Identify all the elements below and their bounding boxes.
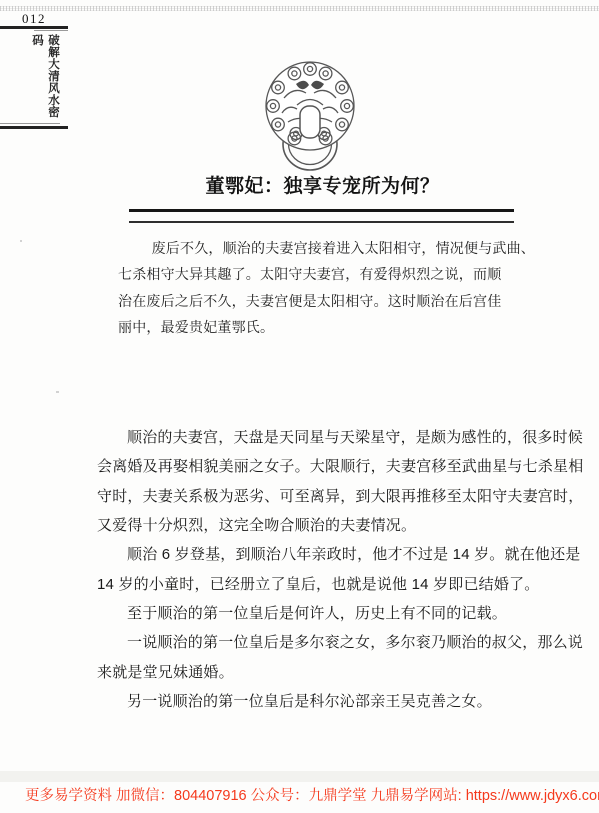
footer-promo-text: 更多易学资料 加微信：804407916 公众号：九鼎学堂 九鼎易学网站: ht… (25, 784, 595, 805)
scanned-book-page: 012 破解大清风水密码 (0, 0, 599, 813)
body-paragraph: 顺治 6 岁登基，到顺治八年亲政时，他才不过是 14 岁。就在他还是14 岁的小… (97, 540, 581, 599)
spine-rule-bottom (0, 126, 68, 129)
chapter-title-divider (129, 209, 514, 223)
book-spine-title: 破解大清风水密码 (29, 34, 61, 128)
door-knocker-illustration (240, 60, 380, 180)
page-number: 012 (22, 11, 46, 27)
body-paragraph: 另一说顺治的第一位皇后是科尔沁部亲王吴克善之女。 (97, 687, 581, 716)
scan-speck (56, 391, 59, 393)
chapter-title: 董鄂妃：独享专宠所为何？ (130, 171, 515, 198)
intro-paragraph: 废后不久，顺治的夫妻宫接着进入太阳相守，情况便与武曲、七杀相守大异其趣了。太阳守… (118, 237, 516, 343)
body-paragraph: 一说顺治的第一位皇后是多尔衮之女，多尔衮乃顺治的叔父，那么说来就是堂兄妹通婚。 (97, 628, 581, 687)
body-paragraph: 至于顺治的第一位皇后是何许人，历史上有不同的记载。 (97, 599, 581, 628)
spine-rule-top (0, 26, 68, 29)
body-text: 顺治的夫妻宫，天盘是天同星与天梁星守，是颇为感性的，很多时候会离婚及再娶相貌美丽… (97, 423, 581, 716)
scan-noise-band (0, 6, 599, 11)
footer-band (0, 771, 599, 782)
scan-speck (20, 240, 22, 242)
body-paragraph: 顺治的夫妻宫，天盘是天同星与天梁星守，是颇为感性的，很多时候会离婚及再娶相貌美丽… (97, 423, 581, 540)
